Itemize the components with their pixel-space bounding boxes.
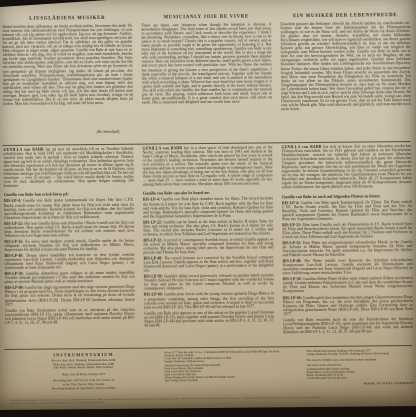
discography-entry: BIS-LP-4: Gunilla von Bahr plays chamber… [143, 197, 273, 218]
discography-entry: BIS-LP-60: Gunilla spielt hier zusammen … [283, 295, 413, 316]
entry-text: Gunillas debutskiva (gavs tidigare ut på… [5, 271, 135, 284]
discography-entry: BIS-LP-60: Gunilla joins forces with the… [144, 292, 274, 309]
liner-notes-columns: LJUSGLÄDJENS MUSIKER Ibland inträffar de… [2, 8, 413, 346]
instrument-line: Alto Flute: Werner Wetzel, Berlin, West … [11, 366, 157, 371]
entry-text: Här kan Gunilla höras som flöjtsolist i … [4, 220, 134, 237]
discography-entry: BIS-LP-22: Man kann Gunilla auch als Flö… [282, 222, 412, 239]
discography-heading: Gunilla von Bahr can also be heard on: [143, 190, 273, 196]
ordering-block: The record can be ordered from Grammofon… [307, 363, 415, 380]
discography-entry: BIS-LP-60: Gunilla har slagit sig samman… [5, 285, 135, 306]
legal-notice: This recording, including the album artw… [11, 397, 321, 405]
entry-text: Gunilla joins forces with the young virt… [144, 292, 274, 309]
bio-text: has in a short space of time developed i… [142, 145, 272, 187]
discography-entry: BIS-LP-50: Gunillas Debüt-Platte (früher… [283, 276, 413, 293]
entry-text: Die Platte enthält zwei Konzerte des lyr… [283, 258, 413, 275]
artist-bio-swedish: GUNILLA von BAHR har på kort tid utveckl… [3, 147, 133, 189]
discography-footer: Gunilla von Bahr erscheint auch als eine… [283, 317, 413, 334]
discography-entry: BIS-LP-48: Die Platte enthält zwei Konze… [283, 258, 413, 275]
entry-text: Eine Platte mit zeitgenössischer schwedi… [282, 240, 412, 257]
entry-text: Gunilla can be heard as the flute solois… [143, 219, 273, 236]
column-heading-swedish: LJUSGLÄDJENS MUSIKER [2, 11, 132, 25]
discography-entry: BIS-LP-32: Eine Platte mit zeitgenössisc… [282, 240, 412, 257]
harp-line: Harp: Lyon & Healy, Chicago 1973 [11, 372, 157, 377]
credits-block: Revox A 77 Tape Recorder 15 i.p.s., 2 Se… [164, 350, 298, 396]
entry-text: The record features two concertos by the… [144, 255, 274, 272]
essay-swedish: Ibland inträffar detta sällsamma, att fa… [2, 24, 133, 131]
discography-entry: BIS-LP-4: Gunilla von Bahr spielt Kammer… [282, 200, 412, 221]
essay-signature: (Bo Setterlind) [3, 130, 133, 138]
discography-entry: BIS-LP-4: Gunilla von Bahr spelar kammar… [4, 198, 134, 219]
discography-heading: Gunilla von Bahr kan också höras på: [4, 191, 134, 197]
entry-text: Gunilla von Bahr plays chamber music for… [143, 197, 273, 218]
discography-entry: BIS-LP-48: The record features two conce… [144, 255, 274, 272]
entry-text: Gunillas Debüt-Platte (früher unter eine… [283, 276, 413, 293]
artist-bio-english: GUNILLA von BAHR has in a short space of… [142, 145, 272, 187]
recording-engineer-line: Recording Engineer & Tape Editor: Robert… [11, 386, 157, 391]
discography-entry: BIS-LP-32: En skiva med modern svensk mu… [4, 239, 134, 252]
discography-footer: Gunilla von Bahr also appears as one of … [144, 310, 274, 327]
essay-english: There are times, rare instances when tho… [141, 22, 272, 129]
instrumentarium-heading: INSTRUMENTARIUM [10, 353, 156, 358]
discography-entry: BIS-LP-22: Här kan Gunilla höras som flö… [4, 220, 134, 237]
entry-text: A record of contemporary Swedish music i… [143, 237, 273, 254]
photo-of-record-back-cover: { "columns": [ { "heading": "LJUSGLÄDJEN… [0, 0, 416, 417]
column-german: EIN MUSIKER DER LEBENSFREUDE Zuweilen pa… [280, 8, 413, 343]
production-footer: INSTRUMENTARIUM Piccolo: Aug. Rich. Hamm… [10, 349, 414, 398]
bio-text: har på kort tid utvecklats till en av No… [4, 147, 134, 189]
entry-text: En skiva med modern svensk musik. Gunill… [4, 239, 134, 252]
discography-entry: BIS-LP-48: Denna skiva innehåller två ko… [4, 253, 134, 270]
column-heading-german: EIN MUSIKER DER LEBENSFREUDE [280, 8, 410, 22]
printing-ordering-block: Print: Offizin Paul Hartung, Hamburg, We… [306, 349, 414, 395]
essay-german: Zuweilen passiert das Seltsame: obwohl d… [280, 21, 411, 128]
credit-line: Type Setting: Robert von Bahr [165, 379, 299, 383]
artist-bio-german: GUNILLA von BAHR hat sich in kurzer Zeit… [281, 144, 411, 190]
bio-text: hat sich in kurzer Zeit zu einer führend… [281, 144, 411, 190]
discography-entry: BIS-LP-50: Gunilla's debut record (previ… [144, 274, 274, 291]
column-swedish: LJUSGLÄDJENS MUSIKER Ibland inträffar de… [2, 11, 135, 346]
essay-signature [281, 127, 411, 135]
record-back-cover-paper: LJUSGLÄDJENS MUSIKER Ibland inträffar de… [0, 0, 416, 410]
column-heading-english: MUSICIANLY JOIE DE VIVRE [141, 9, 271, 23]
ordering-line: or from BIS agents all over the world [307, 376, 415, 380]
entry-text: Gunilla von Bahr spielt Kammermusik für … [282, 200, 412, 221]
entry-text: Man kann Gunilla auch als Flötensolistin… [282, 222, 412, 239]
essay-signature [142, 128, 272, 136]
entry-text: Gunilla spielt hier zusammen mit dem jun… [283, 295, 413, 316]
discography-entry: BIS-LP-22: Gunilla can be heard as the f… [143, 219, 273, 236]
instrumentarium-block: INSTRUMENTARIUM Piccolo: Aug. Rich. Hamm… [10, 352, 156, 398]
discography-footer: Gunilla von Bahr förekommer också som en… [5, 307, 135, 324]
pressing-line: Cutting, Mastering, Pressing: TELDEC, Ha… [306, 352, 414, 356]
entry-text: Gunilla's debut record (previously relea… [144, 274, 274, 291]
column-english: MUSICIANLY JOIE DE VIVRE There are times… [141, 9, 274, 344]
discography-entry: BIS-LP-32: A record of contemporary Swed… [143, 237, 273, 254]
stereo-note: This record is STEREO, but is also playa… [307, 358, 415, 362]
entry-text: Denna skiva innehåller två konserter av … [5, 253, 135, 270]
discography-entry: BIS-LP-50: Gunillas debutskiva (gavs tid… [5, 271, 135, 284]
discography-heading: Gunilla von Bahr ist auch auf folgenden … [282, 193, 412, 199]
made-in-label: MADE IN WEST GERMANY [307, 382, 415, 386]
entry-text: Gunilla von Bahr spelar kammarmusik för … [4, 198, 134, 219]
entry-text: Gunilla har slagit sig samman med den un… [5, 285, 135, 306]
